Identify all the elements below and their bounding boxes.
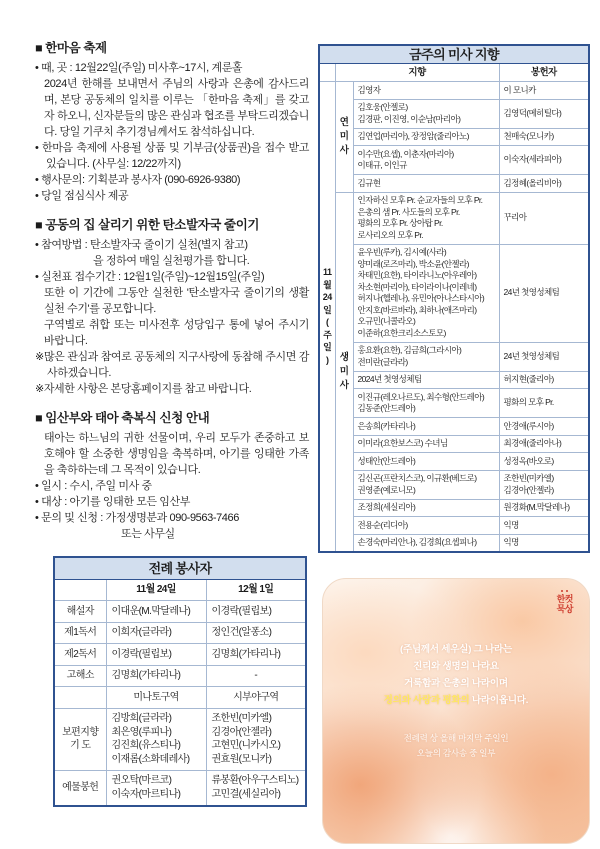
offerer-cell: 조한빈(미카엘) 김경아(안젤라) <box>499 470 589 499</box>
left-column: ■ 한마음 축제 • 때, 곳 : 12월22일(주일) 미사후~17시, 계룬… <box>35 38 309 807</box>
servers-date-header-2: 12월 1일 <box>206 579 306 601</box>
offerer-cell: 김정혜(올리비아) <box>499 175 589 193</box>
table-row: 홍요환(요한), 김금희(그라시아) 전미란(글라라)24년 첫영성체팀 <box>319 342 589 371</box>
logo-line-2: 묵상 <box>557 604 573 614</box>
intention-cell: 김신곤(프란치스코), 이규환(베드로) 권영준(예로니모) <box>353 470 499 499</box>
table-row: 은송희(카타리나)안경애(루시아) <box>319 418 589 436</box>
table-row: 미나토구역 시부야구역 <box>54 687 306 709</box>
intention-cell: 김연업(마리아), 장정암(줄리아노) <box>353 128 499 146</box>
quote-highlight: 정의와 사랑과 평화의 <box>384 695 470 706</box>
offerer-cell: 허지현(줄리아) <box>499 371 589 389</box>
blessing-contact-cont: 또는 사무실 <box>35 526 309 542</box>
table-row: 생미사 인자하신 모후 Pr. 순교자들의 모후 Pr. 은총의 샘 Pr. 사… <box>319 192 589 244</box>
servers-cell: 이경락(필립보) <box>106 644 206 666</box>
offerer-cell: 익명 <box>499 517 589 535</box>
table-row: 손경숙(마리안나), 김경희(요셉피나)익명 <box>319 534 589 552</box>
quote-line: 정의와 사랑과 평화의 나라이옵니다. <box>323 692 589 709</box>
servers-cell: 김명희(가타리나) <box>106 665 206 687</box>
date-char: 24 <box>323 292 332 304</box>
servers-role-commentator: 해설자 <box>54 601 106 623</box>
table-row: 2024년 첫영성체팀허지현(줄리아) <box>319 371 589 389</box>
meditation-quote: (주님께서 세우실) 그 나라는 진리와 생명의 나라요 거룩함과 은총의 나라… <box>323 641 589 709</box>
offerer-cell: 최경애(줄리아나) <box>499 435 589 453</box>
logo-dots-icon <box>557 590 573 592</box>
servers-cell: 김명희(가타리나) <box>206 644 306 666</box>
offerer-cell: 김영덕(메히틸다) <box>499 99 589 128</box>
table-row: 제2독서 이경락(필립보) 김명희(가타리나) <box>54 644 306 666</box>
logo-line-1: 한컷 <box>557 594 573 604</box>
blessing-datetime: • 일시 : 수시, 주일 미사 중 <box>35 478 309 494</box>
offerer-cell: 이 모니카 <box>499 82 589 100</box>
intention-cell: 홍요환(요한), 김금희(그라시아) 전미란(글라라) <box>353 342 499 371</box>
date-char: 11 <box>323 267 332 279</box>
servers-role-reading2: 제2독서 <box>54 644 106 666</box>
section-baby-blessing: ■ 임산부와 태아 축복식 신청 안내 태아는 하느님의 귀한 선물이며, 우리… <box>35 408 309 542</box>
table-row: 전용순(리디아)익명 <box>319 517 589 535</box>
table-row: 이수만(요셉), 이춘자(마리아) 이태규, 이인규이숙자(세라피아) <box>319 146 589 175</box>
servers-zone-empty <box>54 687 106 709</box>
table-row: 김신곤(프란치스코), 이규환(베드로) 권영준(예로니모)조한빈(미카엘) 김… <box>319 470 589 499</box>
servers-role-offertory: 예물봉헌 <box>54 770 106 806</box>
servers-zone-1: 미나토구역 <box>106 687 206 709</box>
meditation-caption: 전례력 상 올해 마지막 주일인 오늘의 감사송 중 일부 <box>323 731 589 761</box>
date-char: ( <box>326 317 329 329</box>
table-row: 성태안(안드레아)성정옥(바오로) <box>319 453 589 471</box>
caption-line: 전례력 상 올해 마지막 주일인 <box>323 731 589 746</box>
carbon-note-2: ※자세한 사항은 본당홈페이지를 참고 바랍니다. <box>35 381 309 397</box>
servers-cell: 류봉환(아우구스티노) 고민결(세실리아) <box>206 770 306 806</box>
quote-line: (주님께서 세우실) 그 나라는 <box>323 641 589 658</box>
offerer-cell: 24년 첫영성체팀 <box>499 244 589 342</box>
carbon-title: ■ 공동의 집 살리기 위한 탄소발자국 줄이기 <box>35 215 309 233</box>
offerer-cell: 평화의 모후 Pr. <box>499 389 589 418</box>
liturgical-servers-table: 전례 봉사자 11월 24일 12월 1일 해설자 이대운(M.막달레나) 이경… <box>53 556 307 807</box>
festival-paragraph: 2024년 한해를 보내면서 주님의 사랑과 은총에 감사드리며, 본당 공동체… <box>35 76 309 140</box>
table-row: 제1독서 이희자(글라라) 정인건(알퐁소) <box>54 622 306 644</box>
blessing-title: ■ 임산부와 태아 축복식 신청 안내 <box>35 408 309 426</box>
offerer-cell: 원경화(M.막달레나) <box>499 499 589 517</box>
intention-cell: 조정희(세실리아) <box>353 499 499 517</box>
blessing-paragraph: 태아는 하느님의 귀한 선물이며, 우리 모두가 존중하고 보호해야 할 소중한… <box>35 430 309 478</box>
carbon-submit: 구역별로 취합 또는 미사전후 성당입구 통에 넣어 주시기 바랍니다. <box>35 317 309 349</box>
table-row: 김호웅(안젤로) 김경판, 이진영, 이순남(마리아)김영덕(메히틸다) <box>319 99 589 128</box>
table-row: 김연업(마리아), 장정암(줄리아노)천매숙(모니카) <box>319 128 589 146</box>
servers-cell: - <box>206 665 306 687</box>
servers-role-reading1: 제1독서 <box>54 622 106 644</box>
table-row: 이진규(레오나르도), 최수형(안드레아) 김동준(안드레아)평화의 모후 Pr… <box>319 389 589 418</box>
servers-date-header-1: 11월 24일 <box>106 579 206 601</box>
date-char: 일 <box>323 342 331 354</box>
quote-rest: 나라이옵니다. <box>469 695 528 706</box>
intention-cell: 이수만(요셉), 이춘자(마리아) 이태규, 이인규 <box>353 146 499 175</box>
meditation-card: 한컷 묵상 (주님께서 세우실) 그 나라는 진리와 생명의 나라요 거룩함과 … <box>322 578 590 844</box>
carbon-note-1: ※많은 관심과 참여로 공동체의 지구사랑에 동참해 주시면 감사하겠습니다. <box>35 349 309 381</box>
servers-cell: 이경락(필립보) <box>206 601 306 623</box>
intention-cell: 은송희(카타리나) <box>353 418 499 436</box>
date-char: 주 <box>323 330 331 342</box>
date-char: 월 <box>323 280 331 292</box>
offerer-cell: 성정옥(바오로) <box>499 453 589 471</box>
mass-date-label: 11 월 24 일 ( 주 일 ) <box>320 267 335 366</box>
mass-date-column: 11 월 24 일 ( 주 일 ) <box>319 82 335 553</box>
mass-group-living: 생미사 <box>335 192 353 552</box>
mass-head-intention: 지향 <box>335 63 499 82</box>
servers-zone-2: 시부야구역 <box>206 687 306 709</box>
quote-line: 거룩함과 은총의 나라이며 <box>323 675 589 692</box>
table-row: 보편지향 기 도 김방희(글라라) 최은영(루피나) 김진희(유스티나) 이재롬… <box>54 708 306 770</box>
offerer-cell: 안경애(루시아) <box>499 418 589 436</box>
offerer-cell: 24년 첫영성체팀 <box>499 342 589 371</box>
section-carbon-footprint: ■ 공동의 집 살리기 위한 탄소발자국 줄이기 • 참여방법 : 탄소발자국 … <box>35 215 309 397</box>
carbon-method-cont: 을 정하여 매일 실천평가를 합니다. <box>35 253 309 269</box>
intention-cell: 전용순(리디아) <box>353 517 499 535</box>
festival-item-donation: • 한마음 축제에 사용될 상품 및 기부금(상품권)을 접수 받고있습니다. … <box>35 140 309 172</box>
table-row: 고해소 김명희(가타리나) - <box>54 665 306 687</box>
servers-cell: 권오탁(마르코) 이숙자(마르티나) <box>106 770 206 806</box>
intention-cell: 손경숙(마리안나), 김경희(요셉피나) <box>353 534 499 552</box>
festival-title: ■ 한마음 축제 <box>35 38 309 56</box>
offerer-cell: 익명 <box>499 534 589 552</box>
servers-cell: 김방희(글라라) 최은영(루피나) 김진희(유스티나) 이재롬(소화데레사) <box>106 708 206 770</box>
table-row: 해설자 이대운(M.막달레나) 이경락(필립보) <box>54 601 306 623</box>
intention-cell: 김호웅(안젤로) 김경판, 이진영, 이순남(마리아) <box>353 99 499 128</box>
section-hanmaeum-festival: ■ 한마음 축제 • 때, 곳 : 12월22일(주일) 미사후~17시, 계룬… <box>35 38 309 204</box>
carbon-period: • 실천표 접수기간 : 12월1일(주일)~12월15일(주일) <box>35 269 309 285</box>
mass-group-requiem: 연미사 <box>335 82 353 193</box>
offerer-cell: 이숙자(세라피아) <box>499 146 589 175</box>
festival-item-lunch: • 당일 점심식사 제공 <box>35 188 309 204</box>
intention-cell: 김규현 <box>353 175 499 193</box>
table-row: 김규현김정혜(올리비아) <box>319 175 589 193</box>
mass-head-offerer: 봉헌자 <box>499 63 589 82</box>
table-row: 윤우빈(루카), 김시예(사라) 양미래(로즈마리), 박소윤(안젤라) 차태민… <box>319 244 589 342</box>
intention-cell: 인자하신 모후 Pr. 순교자들의 모후 Pr. 은총의 샘 Pr. 사도들의 … <box>353 192 499 244</box>
servers-cell: 이희자(글라라) <box>106 622 206 644</box>
servers-role-confession: 고해소 <box>54 665 106 687</box>
table-row: 예물봉헌 권오탁(마르코) 이숙자(마르티나) 류봉환(아우구스티노) 고민결(… <box>54 770 306 806</box>
intention-cell: 이미라(요한보스코) 수녀님 <box>353 435 499 453</box>
servers-cell: 이대운(M.막달레나) <box>106 601 206 623</box>
table-row: 이미라(요한보스코) 수녀님최경애(줄리아나) <box>319 435 589 453</box>
date-char: 일 <box>323 305 331 317</box>
servers-cell: 정인건(알퐁소) <box>206 622 306 644</box>
date-char: ) <box>326 355 329 367</box>
intention-cell: 2024년 첫영성체팀 <box>353 371 499 389</box>
mass-head-empty <box>319 63 335 82</box>
carbon-essay: 또한 이 기간에 그동안 실천한 '탄소발자국 줄이기의 생활실천 수기'를 공… <box>35 285 309 317</box>
festival-when: • 때, 곳 : 12월22일(주일) 미사후~17시, 계룬홀 <box>35 60 309 76</box>
servers-table-title: 전례 봉사자 <box>54 557 306 579</box>
mass-intentions-table: 금주의 미사 지향 지향 봉헌자 11 월 24 일 ( 주 일 ) 연미사 <box>318 44 590 553</box>
intention-cell: 김영자 <box>353 82 499 100</box>
mass-table-title: 금주의 미사 지향 <box>319 45 589 63</box>
caption-line: 오늘의 감사송 중 일부 <box>323 746 589 761</box>
table-row: 조정희(세실리아)원경화(M.막달레나) <box>319 499 589 517</box>
servers-corner-cell <box>54 579 106 601</box>
intention-cell: 이진규(레오나르도), 최수형(안드레아) 김동준(안드레아) <box>353 389 499 418</box>
bulletin-page: ■ 한마음 축제 • 때, 곳 : 12월22일(주일) 미사후~17시, 계룬… <box>0 0 600 849</box>
offerer-cell: 천매숙(모니카) <box>499 128 589 146</box>
quote-line: 진리와 생명의 나라요 <box>323 658 589 675</box>
servers-cell: 조한빈(미카엘) 김경아(안젤라) 고현민(니카시오) 권효원(모니카) <box>206 708 306 770</box>
carbon-method: • 참여방법 : 탄소발자국 줄이기 실천(별지 참고) <box>35 237 309 253</box>
table-row: 11 월 24 일 ( 주 일 ) 연미사 김영자 이 모니카 <box>319 82 589 100</box>
intention-cell: 성태안(안드레아) <box>353 453 499 471</box>
festival-item-contact: • 행사문의: 기획분과 봉사자 (090-6926-9380) <box>35 172 309 188</box>
servers-role-universal-prayer: 보편지향 기 도 <box>54 708 106 770</box>
blessing-target: • 대상 : 아기를 잉태한 모든 임산부 <box>35 494 309 510</box>
hankeot-muksang-logo: 한컷 묵상 <box>557 590 573 614</box>
offerer-cell: 꾸리아 <box>499 192 589 244</box>
intention-cell: 윤우빈(루카), 김시예(사라) 양미래(로즈마리), 박소윤(안젤라) 차태민… <box>353 244 499 342</box>
blessing-contact: • 문의 및 신청 : 가정생명분과 090-9563-7466 <box>35 510 309 526</box>
